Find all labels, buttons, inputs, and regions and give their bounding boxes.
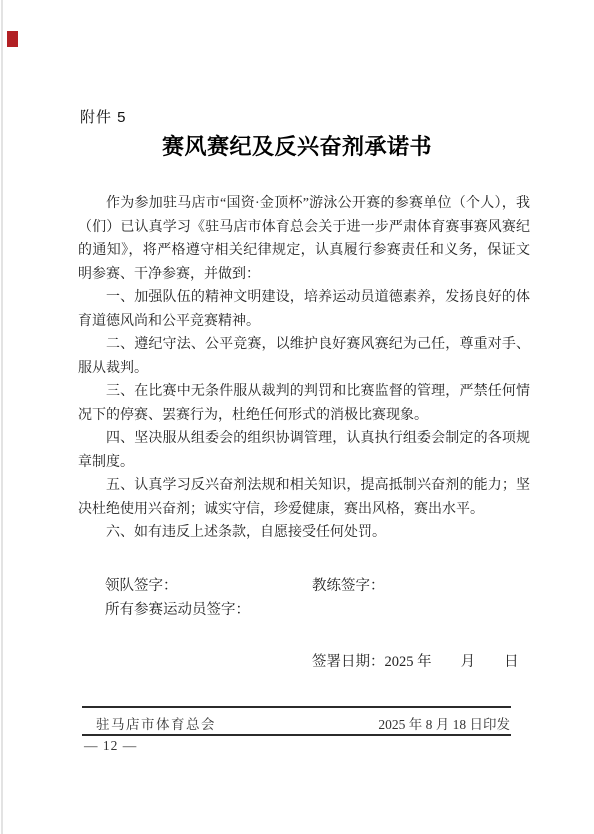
footer-bottom-rule (82, 734, 511, 736)
footer-issuer: 驻马店市体育总会 (96, 713, 216, 733)
clause-1: 一、加强队伍的精神文明建设，培养运动员道德素养，发扬良好的体育道德风尚和公平竞赛… (78, 286, 530, 333)
signing-date-line: 签署日期：2025 年 月 日 (312, 650, 519, 671)
scan-edge-line (1, 0, 3, 834)
clause-6: 六、如有违反上述条款，自愿接受任何处罚。 (78, 521, 530, 545)
coach-signature-label: 教练签字： (312, 574, 385, 595)
clause-5: 五、认真学习反兴奋剂法规和相关知识，提高抵制兴奋剂的能力；坚决杜绝使用兴奋剂；诚… (78, 474, 530, 521)
leader-signature-label: 领队签字： (105, 574, 178, 595)
clause-3: 三、在比赛中无条件服从裁判的判罚和比赛监督的管理，严禁任何情况下的停赛、罢赛行为… (78, 380, 530, 427)
footer-top-rule (82, 706, 511, 708)
red-stamp-mark (7, 31, 18, 47)
clause-2: 二、遵纪守法、公平竞赛，以维护良好赛风赛纪为己任，尊重对手、服从裁判。 (78, 333, 530, 380)
document-page: 附件 5 赛风赛纪及反兴奋剂承诺书 作为参加驻马店市“国资·金顶杯”游泳公开赛的… (0, 0, 594, 834)
page-number: — 12 — (84, 738, 137, 754)
athletes-signature-label: 所有参赛运动员签字： (105, 598, 250, 619)
document-title: 赛风赛纪及反兴奋剂承诺书 (0, 130, 594, 161)
document-body: 作为参加驻马店市“国资·金顶杯”游泳公开赛的参赛单位（个人），我（们）已认真学习… (78, 192, 530, 545)
intro-paragraph: 作为参加驻马店市“国资·金顶杯”游泳公开赛的参赛单位（个人），我（们）已认真学习… (78, 192, 530, 286)
footer-print-date: 2025 年 8 月 18 日印发 (378, 713, 510, 733)
attachment-label: 附件 5 (80, 106, 127, 127)
clause-4: 四、坚决服从组委会的组织协调管理，认真执行组委会制定的各项规章制度。 (78, 427, 530, 474)
